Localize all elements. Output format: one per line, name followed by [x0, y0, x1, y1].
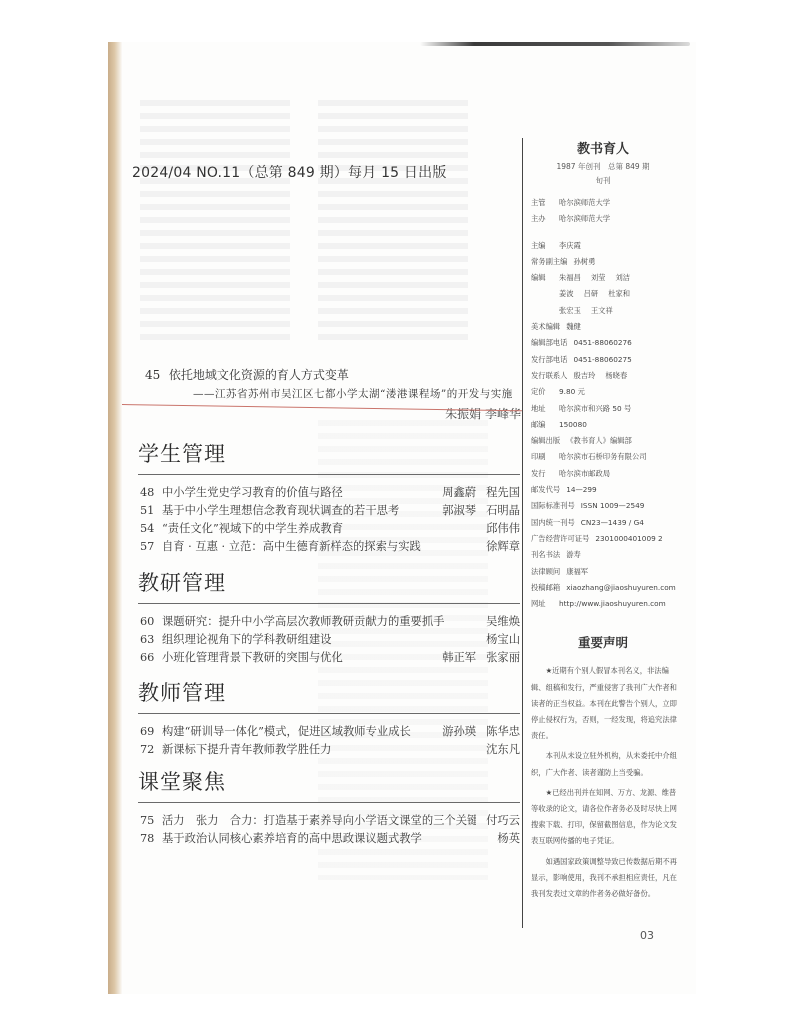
author-name: 游孙瑛 — [442, 725, 476, 738]
page-number-ref: 78 — [138, 832, 162, 845]
author-name: 郭淑琴 — [442, 504, 476, 517]
author-name: 吴维焕 — [486, 615, 520, 628]
masthead-label: 发行部电话 — [531, 355, 567, 365]
author-name: 付巧云 — [486, 814, 520, 827]
masthead-value: 殷吉玲杨晓春 — [573, 371, 637, 380]
article-authors: 吴维焕 — [476, 613, 520, 629]
toc-entry[interactable]: 78基于政治认同核心素养培育的高中思政课议题式教学杨英 — [138, 830, 520, 848]
notice-paragraph: 本刊从未设立驻外机构，从未委托中介组织，广大作者、读者谨防上当受骗。 — [531, 748, 679, 780]
masthead-row: 国际标准刊号ISSN 1009—2549 — [531, 501, 683, 517]
masthead-value: ISSN 1009—2549 — [581, 501, 655, 510]
masthead-value: 哈尔滨市和兴路 50 号 — [559, 404, 641, 413]
toc-entry[interactable]: 48中小学生党史学习教育的价值与路径周鑫蔚程先国 — [138, 484, 520, 502]
masthead-label: 国内统一刊号 — [531, 518, 575, 528]
author-name: 张家丽 — [486, 651, 520, 664]
notice-paragraph: ★近期有个别人假冒本刊名义，非法编辑、组稿和发行，严重侵害了我刊广大作者和读者的… — [531, 663, 679, 744]
article-title: 新课标下提升青年教师教学胜任力 — [162, 741, 476, 757]
masthead-value: CN23—1439 / G4 — [581, 518, 654, 527]
masthead-row: 法律顾问康福军 — [531, 567, 683, 583]
masthead-value: 孙树勇 — [573, 257, 605, 266]
toc-section: 教师管理69构建“研训导一体化”模式，促进区域教师专业成长游孙瑛陈华忠72新课标… — [138, 677, 520, 759]
masthead-value: 14—299 — [566, 485, 607, 494]
masthead-label: 邮发代号 — [531, 485, 560, 495]
article-title: 自育 · 互惠 · 立范：高中生德育新样态的探索与实践 — [162, 538, 476, 554]
masthead-value: http://www.jiaoshuyuren.com — [559, 599, 676, 608]
article-title: 活力 张力 合力：打造基于素养导向小学语文课堂的三个关键 — [162, 812, 476, 828]
masthead-label: 投稿邮箱 — [531, 583, 560, 593]
page-number-ref: 57 — [138, 540, 162, 553]
article-title: 基于中小学生理想信念教育现状调查的若干思考 — [162, 502, 432, 518]
section-title: 教师管理 — [138, 677, 520, 714]
masthead-row: 编辑部电话0451-88060276 — [531, 338, 683, 354]
section-title: 学生管理 — [138, 438, 520, 475]
toc-entry[interactable]: 66小班化管理背景下教研的突围与优化韩正军张家丽 — [138, 649, 520, 667]
article-authors: 郭淑琴石明晶 — [432, 502, 520, 518]
masthead-value: 李庆霞 — [559, 241, 591, 250]
article-authors: 韩正军张家丽 — [432, 649, 520, 665]
toc-entry[interactable]: 51基于中小学生理想信念教育现状调查的若干思考郭淑琴石明晶 — [138, 502, 520, 520]
masthead-row: 国内统一刊号CN23—1439 / G4 — [531, 518, 683, 534]
masthead-label: 印刷 — [531, 452, 553, 462]
notice-body: ★近期有个别人假冒本刊名义，非法编辑、组稿和发行，严重侵害了我刊广大作者和读者的… — [523, 663, 683, 902]
masthead-row: 发行哈尔滨市邮政局 — [531, 469, 683, 485]
masthead-row: 刊名书法游寿 — [531, 550, 683, 566]
masthead-row: 发行部电话0451-88060275 — [531, 355, 683, 371]
journal-frequency: 旬刊 — [523, 175, 683, 186]
page-number-ref: 54 — [138, 522, 162, 535]
masthead-row: 地址哈尔滨市和兴路 50 号 — [531, 404, 683, 420]
article-authors: 游孙瑛陈华忠 — [432, 723, 520, 739]
masthead-label: 美术编辑 — [531, 322, 560, 332]
notice-paragraph: 如遇国家政策调整导致已传数据后期不再显示，影响使用，我刊不承担相应责任，凡在我刊… — [531, 854, 679, 903]
masthead-row: 张宏玉王文祥 — [531, 306, 683, 322]
masthead-label: 主办 — [531, 214, 553, 224]
masthead-row: 定价9.80 元 — [531, 387, 683, 403]
article-authors: 徐辉章 — [476, 538, 520, 554]
masthead-info-list: 主管哈尔滨师范大学主办哈尔滨师范大学主编李庆霞常务副主编孙树勇编辑朱福昌刘莹刘洁… — [523, 198, 683, 615]
masthead-label: 地址 — [531, 404, 553, 414]
masthead-value: 0451-88060275 — [573, 355, 641, 364]
masthead-row: 发行联系人殷吉玲杨晓春 — [531, 371, 683, 387]
author-name: 徐辉章 — [486, 540, 520, 553]
spacer — [531, 231, 683, 241]
masthead-row: 邮编150080 — [531, 420, 683, 436]
masthead-row: 编辑出版《教书育人》编辑部 — [531, 436, 683, 452]
masthead-value: 150080 — [559, 420, 597, 429]
page-number-ref: 66 — [138, 651, 162, 664]
author-name: 周鑫蔚 — [442, 486, 476, 499]
page-number: 03 — [640, 929, 654, 942]
section-title: 教研管理 — [138, 567, 520, 604]
article-title: 课题研究：提升中小学高层次教师教研贡献力的重要抓手 — [162, 613, 476, 629]
bleed-through-text — [318, 100, 468, 340]
toc-entry[interactable]: 57自育 · 互惠 · 立范：高中生德育新样态的探索与实践徐辉章 — [138, 538, 520, 556]
article-title: 构建“研训导一体化”模式，促进区域教师专业成长 — [162, 723, 432, 739]
author-name: 韩正军 — [442, 651, 476, 664]
masthead-label: 定价 — [531, 387, 553, 397]
masthead-label: 广告经营许可证号 — [531, 534, 589, 544]
masthead-value: 朱福昌刘莹刘洁 — [559, 273, 640, 282]
masthead-label: 法律顾问 — [531, 567, 560, 577]
page-number-ref: 75 — [138, 814, 162, 827]
masthead-value: 姜波吕研杜家和 — [559, 289, 640, 298]
author-name: 陈华忠 — [486, 725, 520, 738]
masthead-row: 主办哈尔滨师范大学 — [531, 214, 683, 230]
masthead-value: 哈尔滨师范大学 — [559, 198, 620, 207]
masthead-value: 游寿 — [566, 550, 591, 559]
article-authors: 沈东凡 — [476, 741, 520, 757]
article-title: 小班化管理背景下教研的突围与优化 — [162, 649, 432, 665]
author-name: 程先国 — [486, 486, 520, 499]
lead-article-title[interactable]: 45 依托地域文化资源的育人方式变革 — [145, 366, 521, 383]
masthead-column: 教书育人 1987 年创刊 总第 849 期 旬刊 主管哈尔滨师范大学主办哈尔滨… — [522, 138, 683, 928]
page-number-ref: 60 — [138, 615, 162, 628]
masthead-value: 2301000401009 2 — [595, 534, 672, 543]
masthead-value: 哈尔滨师范大学 — [559, 214, 620, 223]
masthead-label: 刊名书法 — [531, 550, 560, 560]
page-number-ref: 69 — [138, 725, 162, 738]
masthead-label: 发行联系人 — [531, 371, 567, 381]
toc-entry[interactable]: 69构建“研训导一体化”模式，促进区域教师专业成长游孙瑛陈华忠 — [138, 723, 520, 741]
masthead-value: 张宏玉王文祥 — [559, 306, 623, 315]
article-title: 基于政治认同核心素养培育的高中思政课议题式教学 — [162, 830, 487, 846]
issue-info: 2024/04 NO.11（总第 849 期）每月 15 日出版 — [132, 162, 447, 182]
masthead-label: 主管 — [531, 198, 553, 208]
masthead-row: 美术编辑魏健 — [531, 322, 683, 338]
article-title: 中小学生党史学习教育的价值与路径 — [162, 484, 432, 500]
article-title: 组织理论视角下的学科教研组建设 — [162, 631, 476, 647]
masthead-row: 主管哈尔滨师范大学 — [531, 198, 683, 214]
toc-section: 课堂聚焦75活力 张力 合力：打造基于素养导向小学语文课堂的三个关键付巧云78基… — [138, 766, 520, 848]
journal-title: 教书育人 — [523, 138, 683, 157]
toc-entry[interactable]: 75活力 张力 合力：打造基于素养导向小学语文课堂的三个关键付巧云 — [138, 812, 520, 830]
masthead-value: 康福军 — [566, 567, 598, 576]
notice-paragraph: ★已经出刊并在知网、万方、龙源、维普等收录的论文，请各位作者务必及时尽快上网搜索… — [531, 785, 679, 850]
masthead-row: 主编李庆霞 — [531, 241, 683, 257]
article-authors: 付巧云 — [476, 812, 520, 828]
masthead-label: 编辑 — [531, 273, 553, 283]
masthead-row: 姜波吕研杜家和 — [531, 289, 683, 305]
toc-section: 教研管理60课题研究：提升中小学高层次教师教研贡献力的重要抓手吴维焕63组织理论… — [138, 567, 520, 667]
author-name: 邱伟伟 — [486, 522, 520, 535]
article-title: “责任文化”视域下的中学生养成教育 — [162, 520, 476, 536]
page-number-ref: 72 — [138, 743, 162, 756]
page-number-ref: 51 — [138, 504, 162, 517]
masthead-label: 发行 — [531, 469, 553, 479]
masthead-label: 常务副主编 — [531, 257, 567, 267]
author-name: 石明晶 — [486, 504, 520, 517]
masthead-value: 9.80 元 — [559, 387, 595, 396]
article-authors: 杨英 — [487, 830, 520, 846]
masthead-value: 《教书育人》编辑部 — [566, 436, 642, 445]
article-authors: 邱伟伟 — [476, 520, 520, 536]
masthead-label: 编辑部电话 — [531, 338, 567, 348]
masthead-row: 广告经营许可证号2301000401009 2 — [531, 534, 683, 550]
masthead-label: 邮编 — [531, 420, 553, 430]
page-number-ref: 63 — [138, 633, 162, 646]
author-name: 杨英 — [497, 832, 520, 845]
masthead-row: 编辑朱福昌刘莹刘洁 — [531, 273, 683, 289]
masthead-label: 编辑出版 — [531, 436, 560, 446]
page-number-ref: 48 — [138, 486, 162, 499]
masthead-row: 常务副主编孙树勇 — [531, 257, 683, 273]
lead-article: 45 依托地域文化资源的育人方式变革 ——江苏省苏州市吴江区七都小学太湖“溇港课… — [145, 366, 521, 422]
masthead-row: 邮发代号14—299 — [531, 485, 683, 501]
masthead-value: 魏健 — [566, 322, 591, 331]
toc-entry[interactable]: 72新课标下提升青年教师教学胜任力沈东凡 — [138, 741, 520, 759]
masthead-value: xiaozhang@jiaoshuyuren.com — [566, 583, 686, 592]
masthead-row: 网址http://www.jiaoshuyuren.com — [531, 599, 683, 615]
toc-entry[interactable]: 60课题研究：提升中小学高层次教师教研贡献力的重要抓手吴维焕 — [138, 613, 520, 631]
masthead-row: 印刷哈尔滨市石桥印务有限公司 — [531, 452, 683, 468]
author-name: 杨宝山 — [486, 633, 520, 646]
bleed-through-text — [140, 100, 290, 340]
author-name: 沈东凡 — [486, 743, 520, 756]
page-number-ref: 45 — [145, 368, 165, 382]
toc-entry[interactable]: 54“责任文化”视域下的中学生养成教育邱伟伟 — [138, 520, 520, 538]
masthead-label: 主编 — [531, 241, 553, 251]
page-spine-shadow — [108, 42, 122, 994]
notice-title: 重要声明 — [523, 633, 683, 651]
lead-article-subtitle: ——江苏省苏州市吴江区七都小学太湖“溇港课程场”的开发与实施 — [193, 386, 521, 401]
page-top-shadow — [420, 42, 690, 46]
masthead-row: 投稿邮箱xiaozhang@jiaoshuyuren.com — [531, 583, 683, 599]
toc-section: 学生管理48中小学生党史学习教育的价值与路径周鑫蔚程先国51基于中小学生理想信念… — [138, 438, 520, 556]
masthead-value: 哈尔滨市石桥印务有限公司 — [559, 452, 657, 461]
toc-entry[interactable]: 63组织理论视角下的学科教研组建设杨宝山 — [138, 631, 520, 649]
section-title: 课堂聚焦 — [138, 766, 520, 803]
masthead-value: 0451-88060276 — [573, 338, 641, 347]
masthead-value: 哈尔滨市邮政局 — [559, 469, 620, 478]
article-authors: 周鑫蔚程先国 — [432, 484, 520, 500]
masthead-label: 网址 — [531, 599, 553, 609]
article-authors: 杨宝山 — [476, 631, 520, 647]
masthead-label: 国际标准刊号 — [531, 501, 575, 511]
journal-founded: 1987 年创刊 总第 849 期 — [523, 161, 683, 172]
